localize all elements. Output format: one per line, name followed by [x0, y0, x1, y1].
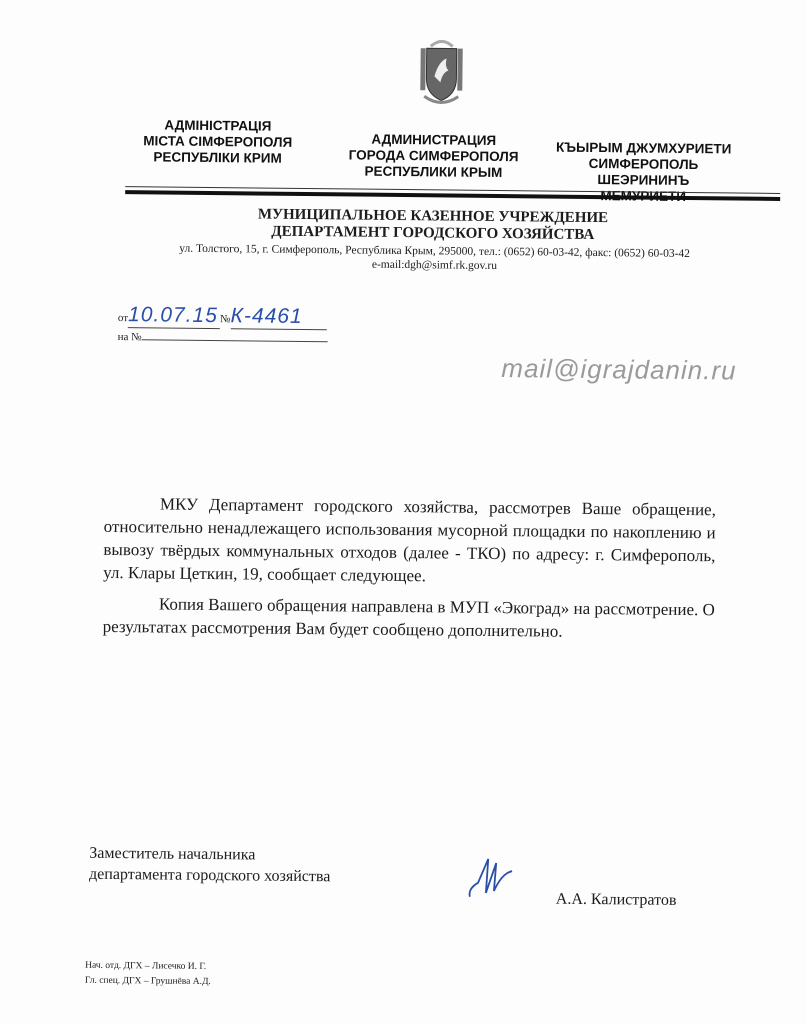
- recipient-email-handwritten: mail@igrajdanin.ru: [501, 353, 736, 386]
- header-line: АДМІНІСТРАЦІЯ: [128, 117, 308, 135]
- executor-line: Нач. отд. ДГХ – Лисечко И. Г.: [85, 959, 211, 975]
- reply-number: [142, 339, 328, 342]
- executors-footer: Нач. отд. ДГХ – Лисечко И. Г. Гл. спец. …: [85, 959, 211, 990]
- header-russian: АДМИНИСТРАЦИЯ ГОРОДА СИМФЕРОПОЛЯ РЕСПУБЛ…: [333, 131, 533, 181]
- header-ukrainian: АДМІНІСТРАЦІЯ МІСТА СІМФЕРОПОЛЯ РЕСПУБЛІ…: [127, 117, 307, 167]
- reply-to-line: на №: [118, 331, 328, 345]
- reply-label: на №: [118, 331, 142, 343]
- header-line: РЕСПУБЛІКИ КРИМ: [127, 149, 307, 167]
- body-paragraph: Копия Вашего обращения направлена в МУП …: [103, 592, 715, 644]
- crimea-coat-of-arms-icon: [418, 36, 465, 106]
- number-label: №: [220, 313, 231, 325]
- signatory-title: Заместитель начальника департамента горо…: [89, 843, 331, 888]
- registration-date: 10.07.15: [128, 303, 218, 327]
- letter-page: АДМІНІСТРАЦІЯ МІСТА СІМФЕРОПОЛЯ РЕСПУБЛІ…: [0, 0, 807, 1024]
- body-paragraph: МКУ Департамент городского хозяйства, ра…: [103, 492, 716, 590]
- letter-body: МКУ Департамент городского хозяйства, ра…: [102, 492, 716, 652]
- header-line: ГОРОДА СИМФЕРОПОЛЯ: [334, 147, 534, 165]
- handwritten-signature-icon: [466, 853, 517, 904]
- signatory-title-line: Заместитель начальника: [89, 843, 331, 867]
- signatory-name: А.А. Калистратов: [556, 891, 677, 910]
- signatory-title-line: департамента городского хозяйства: [89, 864, 331, 888]
- organization-name: МУНИЦИПАЛЬНОЕ КАЗЕННОЕ УЧРЕЖДЕНИЕ ДЕПАРТ…: [153, 205, 713, 245]
- date-label: от: [118, 312, 128, 324]
- executor-line: Гл. спец. ДГХ – Грушнёва А.Д.: [85, 974, 211, 990]
- header-line: РЕСПУБЛИКИ КРЫМ: [333, 163, 533, 181]
- registration-line: от10.07.15№К-4461: [118, 303, 327, 330]
- registration-number: К-4461: [230, 304, 302, 328]
- header-line: КЪЫРЫМ ДЖУМХУРИЕТИ: [544, 139, 744, 157]
- organization-contacts: ул. Толстого, 15, г. Симферополь, Респуб…: [114, 241, 754, 276]
- header-line: МІСТА СІМФЕРОПОЛЯ: [128, 133, 308, 151]
